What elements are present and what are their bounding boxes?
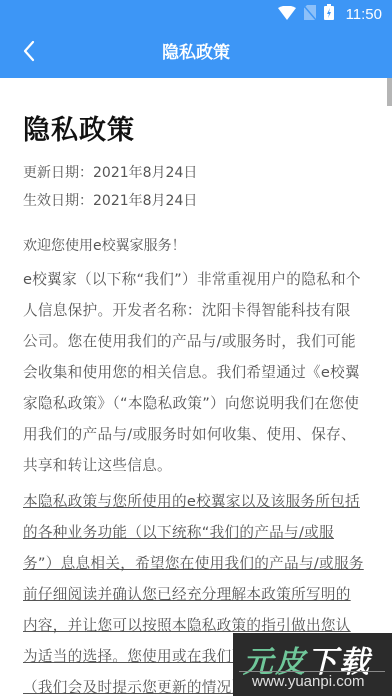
back-button[interactable] bbox=[12, 36, 46, 70]
intro-line: 共享和转让这些信息。 bbox=[23, 450, 373, 481]
intro-line: 人信息保护。开发者名称：沈阳卡得智能科技有限 bbox=[23, 295, 373, 326]
intro-line: 会收集和使用您的相关信息。我们希望通过《e校翼 bbox=[23, 357, 373, 388]
watermark-divider bbox=[239, 671, 385, 672]
notice-line: 前仔细阅读并确认您已经充分理解本政策所写明的 bbox=[23, 579, 373, 610]
status-bar: 11:50 bbox=[0, 0, 392, 28]
intro-paragraph: e校翼家（以下称“我们”）非常重视用户的隐私和个 人信息保护。开发者名称：沈阳卡… bbox=[23, 264, 373, 481]
welcome-text: 欢迎您使用e校翼家服务！ bbox=[23, 235, 186, 255]
effective-date: 生效日期：2021年8月24日 bbox=[23, 190, 197, 210]
notice-line: 本隐私政策与您所使用的e校翼家以及该服务所包括 bbox=[23, 486, 373, 517]
app-bar: 隐私政策 bbox=[0, 28, 392, 78]
scrollbar[interactable] bbox=[387, 78, 392, 106]
chevron-left-icon bbox=[22, 40, 36, 66]
intro-line: 家隐私政策》（“本隐私政策”）向您说明我们在您使 bbox=[23, 388, 373, 419]
notice-line: 的各种业务功能（以下统称“我们的产品与/或服 bbox=[23, 517, 373, 548]
status-time: 11:50 bbox=[346, 6, 382, 23]
no-sim-icon bbox=[304, 5, 316, 24]
appbar-title: 隐私政策 bbox=[0, 28, 392, 78]
policy-content[interactable]: 隐私政策 更新日期：2021年8月24日 生效日期：2021年8月24日 欢迎您… bbox=[0, 78, 392, 696]
document-title: 隐私政策 bbox=[23, 108, 135, 147]
watermark: 元皮下载 www.yuanpi.com bbox=[233, 633, 392, 696]
intro-line: 公司。您在使用我们的产品与/或服务时，我们可能 bbox=[23, 326, 373, 357]
intro-line: 用我们的产品与/或服务时如何收集、使用、保存、 bbox=[23, 419, 373, 450]
notice-line: 务”）息息相关，希望您在使用我们的产品与/或服务 bbox=[23, 548, 373, 579]
wifi-icon bbox=[278, 5, 296, 24]
battery-charging-icon bbox=[324, 4, 334, 24]
watermark-url: www.yuanpi.com bbox=[252, 673, 365, 690]
intro-line: e校翼家（以下称“我们”）非常重视用户的隐私和个 bbox=[23, 264, 373, 295]
update-date: 更新日期：2021年8月24日 bbox=[23, 162, 197, 182]
status-icons: 11:50 bbox=[278, 0, 382, 28]
